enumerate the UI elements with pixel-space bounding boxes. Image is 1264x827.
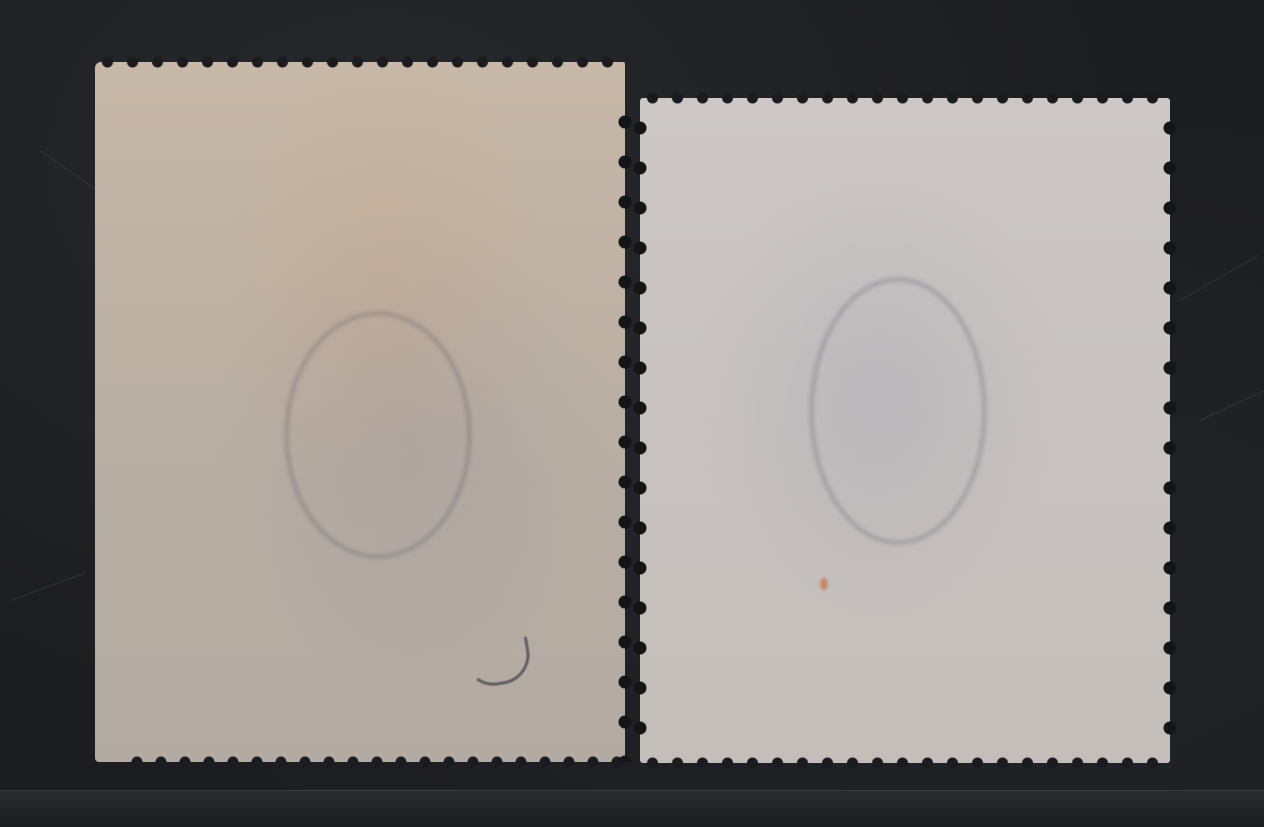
cancellation-showthrough xyxy=(285,312,471,558)
mount-strip xyxy=(0,790,1264,827)
perforation-bottom xyxy=(640,756,1170,770)
perforation-top xyxy=(640,91,1170,105)
scratch xyxy=(1200,390,1264,420)
stamp-left xyxy=(95,62,625,762)
stamp-right xyxy=(640,98,1170,763)
orange-spot xyxy=(820,578,828,590)
scratch xyxy=(10,573,86,601)
perforation-left xyxy=(633,108,647,758)
perforation-bottom xyxy=(125,755,625,769)
scratch xyxy=(1180,255,1258,301)
perforation-top xyxy=(95,55,625,69)
perforation-right xyxy=(1163,108,1177,758)
perforation-right xyxy=(618,102,632,762)
cancellation-showthrough xyxy=(810,278,986,544)
